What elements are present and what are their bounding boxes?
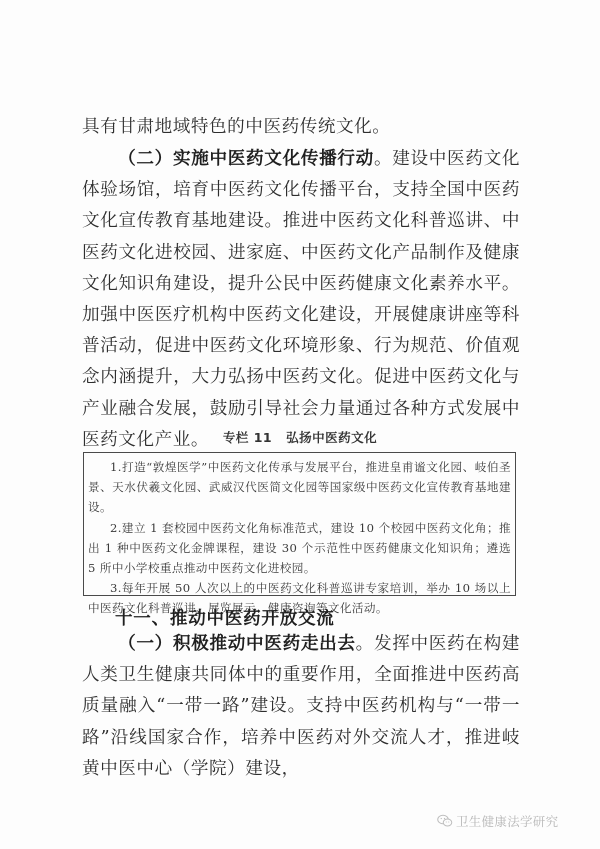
section-heading: 十一、推动中医药开放交流 — [115, 605, 335, 630]
column-box-item: 2.建立 1 套校园中医药文化角标准范式，建设 10 个校园中医药文化角；推出 … — [88, 518, 511, 579]
watermark: 卫生健康法学研究 — [437, 812, 558, 830]
column-box-item: 1.打造“敦煌医学”中医药文化传承与发展平台，推进皇甫谧文化园、岐伯圣景、天水伏… — [88, 457, 511, 518]
paragraph-text: 。建设中医药文化体验场馆，培育中医药文化传播平台，支持全国中医药文化宣传教育基地… — [82, 149, 520, 450]
paragraph-gansu-culture: 具有甘肃地域特色的中医药传统文化。 — [82, 112, 520, 143]
watermark-text: 卫生健康法学研究 — [456, 812, 558, 830]
paragraph-going-global: （一）积极推动中医药走出去。发挥中医药在构建人类卫生健康共同体中的重要作用，全面… — [82, 628, 520, 785]
paragraph-lead: （一）积极推动中医药走出去 — [118, 633, 356, 654]
document-page: 具有甘肃地域特色的中医药传统文化。 （二）实施中医药文化传播行动。建设中医药文化… — [0, 0, 600, 849]
column-box-title: 专栏 11弘扬中医药文化 — [0, 428, 600, 446]
column-box-label: 专栏 11 — [223, 430, 272, 445]
paragraph-culture-spread-action: （二）实施中医药文化传播行动。建设中医药文化体验场馆，培育中医药文化传播平台，支… — [82, 143, 520, 456]
paragraph-text: 具有甘肃地域特色的中医药传统文化。 — [82, 117, 390, 137]
paragraph-lead: （二）实施中医药文化传播行动 — [118, 148, 374, 169]
paragraph-text: 。发挥中医药在构建人类卫生健康共同体中的重要作用，全面推进中医药高质量融入“一带… — [82, 634, 520, 779]
column-box-heading: 弘扬中医药文化 — [286, 430, 377, 445]
wechat-icon — [437, 814, 453, 828]
column-box: 1.打造“敦煌医学”中医药文化传承与发展平台，推进皇甫谧文化园、岐伯圣景、天水伏… — [83, 452, 516, 596]
